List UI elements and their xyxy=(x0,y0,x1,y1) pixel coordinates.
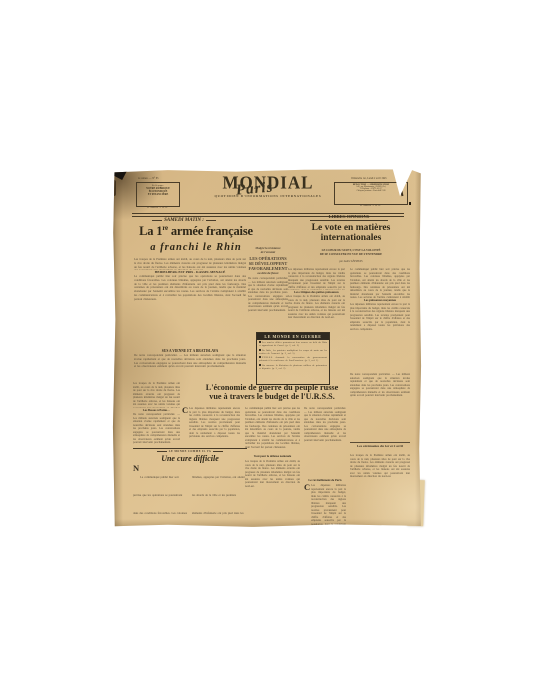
ops-paragraph: De notre correspondant particulier. — Le… xyxy=(248,277,288,317)
cure-dropcap: N xyxy=(133,465,139,472)
monde-en-guerre-title: LE MONDE EN GUERRE xyxy=(257,333,329,340)
info-box-right-line: Chèques postaux : Paris 4417-28 xyxy=(335,190,407,192)
bullet-icon xyxy=(259,349,261,351)
economy-paragraph: Le communiqué publié hier soir précise q… xyxy=(245,407,300,453)
war-news-text: En Italie, les patriotes multiplient les… xyxy=(259,349,327,355)
opinions-paragraph: Les dépenses militaires représentent enc… xyxy=(350,303,410,373)
opinions-deck-line: DE SE CONSULTER EN VUE DE S'ENTENDRE xyxy=(292,252,410,256)
info-box-left-line: ET FINANCIÈRE xyxy=(137,193,179,196)
economy-dropcap: C xyxy=(182,407,188,414)
economy-subhead-defense: Tout pour la défense nationale xyxy=(245,453,300,460)
left-bottom-paragraph: De notre correspondant particulier. — Le… xyxy=(133,413,180,444)
economy-paragraph: Les dépenses militaires représentent enc… xyxy=(189,407,240,447)
left-bottom-column: Les troupes de la Première armée ont éta… xyxy=(133,382,180,446)
lead-paragraph: De notre correspondant particulier. — Le… xyxy=(134,354,246,378)
lead-headline-part: La 1 xyxy=(139,224,162,238)
opinions-paragraph: Les troupes de la Première armée ont éta… xyxy=(350,454,410,522)
lead-paragraph: Le communiqué publié hier soir précise q… xyxy=(134,275,246,347)
opinions-kicker: LIBRES OPINIONS xyxy=(310,214,388,221)
war-news-text: Les armées alliées poursuivent leur avan… xyxy=(259,341,327,347)
lead-headline-line1: La 1re armée française xyxy=(130,224,262,239)
opinions-paragraph: Les troupes de la Première armée ont éta… xyxy=(288,295,345,328)
economy-headline-line: vue à travers le budget de l'U.R.S.S. xyxy=(174,392,370,401)
kicker-rule-right xyxy=(206,220,216,221)
ops-line: au delà du fleuve xyxy=(248,271,288,275)
lead-kicker: SAMEDI MATIN : xyxy=(138,217,230,224)
economy-headline: L'économie de guerre du peuple russe vue… xyxy=(174,383,370,401)
cure-paragraph: Le communiqué publié hier soir précise q… xyxy=(133,475,247,515)
economy-subhead-ravitaillement: Le ravitaillement de Paris xyxy=(304,477,346,484)
economy-column-3: De notre correspondant particulier. — Le… xyxy=(304,407,346,526)
cure-kicker-label: LE MONDE COMME IL VA xyxy=(169,450,211,453)
lead-headline-line2: a franchi le Rhin xyxy=(130,242,262,253)
economy-paragraph-wrap: C Les dépenses militaires représentent e… xyxy=(304,484,346,525)
ops-line: de l'ennemi xyxy=(248,250,288,254)
bullet-icon xyxy=(259,341,261,343)
bullet-icon xyxy=(259,364,261,366)
cure-headline: Une cure difficile xyxy=(133,454,247,463)
newspaper-scan: 2e Année. — N° 85 En 2e page : NOTRE RUB… xyxy=(112,168,422,528)
kicker-rule-right xyxy=(213,451,223,452)
cure-kicker-row: LE MONDE COMME IL VA xyxy=(133,450,247,453)
lead-article: Les troupes de la Première armée ont éta… xyxy=(134,258,246,380)
info-box-left: En 2e page : NOTRE RUBRIQUE ÉCONOMIQUE E… xyxy=(136,182,180,207)
opinions-headline: Le vote en matières internationales xyxy=(290,223,412,244)
masthead: MONDIAL Paris QUOTIDIEN D'INFORMATIONS I… xyxy=(210,174,326,214)
paper-edge-smudge xyxy=(112,180,116,196)
masthead-script-title: Paris xyxy=(235,179,274,199)
cure-body: N Le communiqué publié hier soir précise… xyxy=(133,465,247,523)
ceremonies-subhead: Les cérémonies du 1er et 2 avril xyxy=(350,442,410,454)
newspaper-page: 2e Année. — N° 85 En 2e page : NOTRE RUB… xyxy=(112,168,422,528)
economy-paragraph: Les troupes de la Première armée ont éta… xyxy=(245,460,300,526)
war-news-item: En Italie, les patriotes multiplient les… xyxy=(259,349,327,356)
price-right: Le Numéro : 1 fr. 50 xyxy=(338,204,402,207)
issue-number: 2e Année. — N° 85 xyxy=(138,177,200,180)
economy-paragraph: De notre correspondant particulier. — Le… xyxy=(304,407,346,477)
price-left: Le Numéro : 1 fr. 50 xyxy=(136,206,178,209)
paper-corner-tear xyxy=(111,167,129,180)
lead-paragraph: Les troupes de la Première armée ont éta… xyxy=(134,258,246,270)
left-bottom-paragraph: Les troupes de la Première armée ont éta… xyxy=(133,382,180,408)
economy-paragraph: Les dépenses militaires représentent enc… xyxy=(311,484,346,525)
war-news-text: L'U.R.S.S. demande la convocation du gou… xyxy=(259,356,327,362)
opinions-paragraph: Le communiqué publié hier soir précise q… xyxy=(350,268,410,298)
economy-dropcap-2: C xyxy=(304,484,310,491)
bullet-icon xyxy=(259,356,261,358)
opinions-column-left: Les dépenses militaires représentent enc… xyxy=(288,268,345,330)
war-news-item: L'U.R.S.S. demande la convocation du gou… xyxy=(259,356,327,363)
lead-kicker-label: SAMEDI MATIN : xyxy=(164,218,204,223)
edition-date: Dimanche 1er, Lundi 2 avril 1945 xyxy=(328,177,410,180)
kicker-rule-left xyxy=(157,451,167,452)
war-news-text: On annonce la libération de plusieurs mi… xyxy=(259,364,327,370)
opinions-byline: par André LÉPINOIS xyxy=(292,260,410,263)
operations-column: Malgré la résistance de l'ennemi LES OPÉ… xyxy=(248,246,288,330)
economy-headline-line: L'économie de guerre du peuple russe xyxy=(174,383,370,392)
cure-article: LE MONDE COMME IL VA Une cure difficile … xyxy=(133,448,247,528)
opinions-paragraph: Les dépenses militaires représentent enc… xyxy=(288,268,345,290)
lead-headline-part: armée française xyxy=(168,224,253,238)
monde-en-guerre-box: LE MONDE EN GUERRE Les armées alliées po… xyxy=(256,332,330,385)
opinions-deck: LE COEUR DU SUJET, C'EST LA VOLONTÉ DE S… xyxy=(292,248,410,256)
war-news-item: Les armées alliées poursuivent leur avan… xyxy=(259,341,327,348)
paper-edge-speck xyxy=(409,202,411,205)
kicker-rule-left xyxy=(152,220,162,221)
war-news-item: On annonce la libération de plusieurs mi… xyxy=(259,364,327,371)
economy-column-2: Le communiqué publié hier soir précise q… xyxy=(245,407,300,526)
info-box-right: RÉDACTION — ADMINISTRATION 142, rue Mont… xyxy=(334,182,408,205)
economy-column-1: C Les dépenses militaires représentent e… xyxy=(182,407,240,447)
